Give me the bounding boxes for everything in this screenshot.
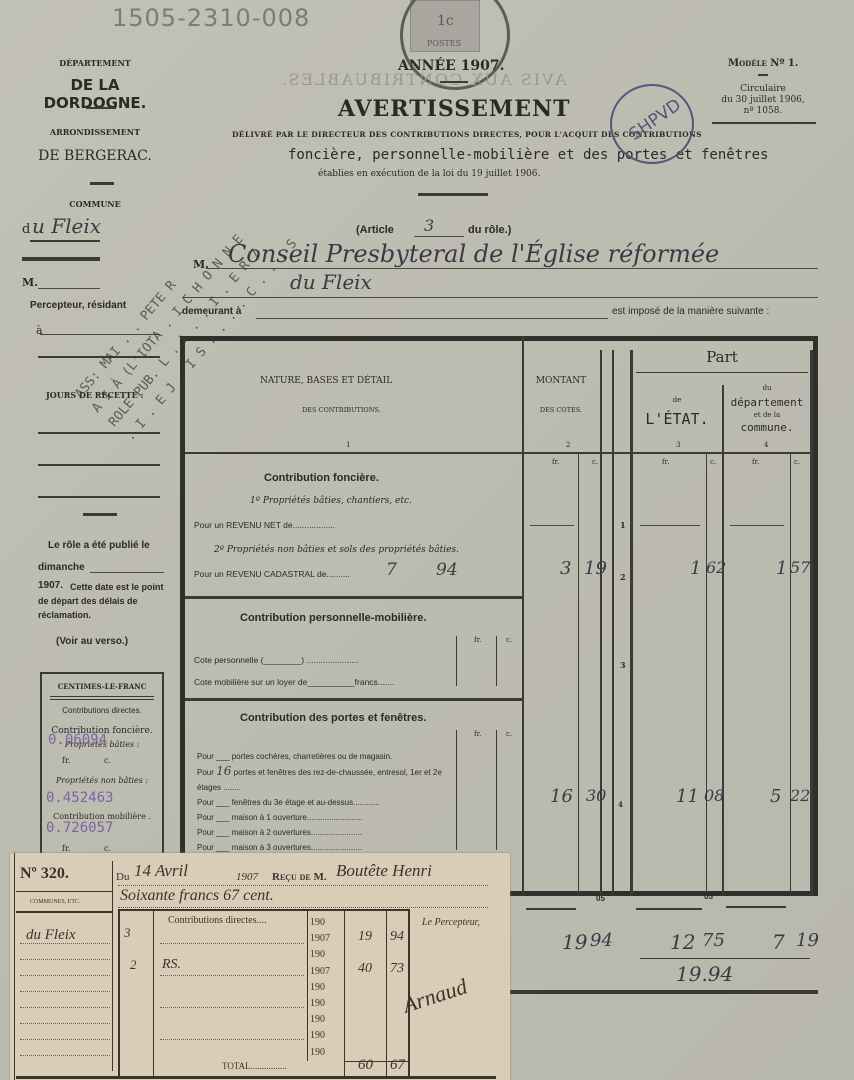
fonciere-sub2: 2º Propriétés non bâties et sols des pro… — [214, 545, 459, 555]
row2-etat-fr: 1 — [690, 558, 701, 579]
col-number-3: 3 — [676, 441, 680, 449]
cote-mobiliere-label: Cote mobilière sur un loyer de__________… — [194, 677, 394, 687]
arrondissement-name: DE BERGERAC. — [30, 148, 160, 164]
revenu-net-label: Pour un REVENU NET de.................. — [194, 520, 335, 530]
communes-label: COMMUNES, ETC. — [30, 899, 81, 905]
portes-title: Contribution des portes et fenêtres. — [240, 712, 426, 724]
circulaire-line3: nº 1058. — [708, 106, 818, 117]
voir-verso: (Voir au verso.) — [56, 636, 128, 647]
centimes-subtitle: Contributions directes. — [42, 706, 162, 715]
line-number-1: 1 — [620, 520, 626, 530]
commune-label: COMMUNE — [30, 199, 160, 209]
article-label: (Article — [356, 224, 394, 236]
year-row: 190 — [310, 1028, 330, 1044]
col4-header-2: et de la — [724, 411, 810, 419]
total-montant-c: 94 — [590, 930, 613, 951]
line-number-2: 2 — [620, 572, 626, 582]
document-page: 1505-2310-008 1c POSTES AVIS AUX CONTRIB… — [0, 0, 854, 1080]
c-label: c. — [794, 458, 800, 466]
row2-montant-c: 19 — [584, 558, 607, 579]
receipt-amount-1-fr: 19 — [358, 929, 372, 945]
header-line2: foncière, personnelle-mobilière et des p… — [288, 147, 768, 163]
archive-reference: 1505-2310-008 — [112, 4, 310, 32]
arrondissement-label: ARRONDISSEMENT — [30, 127, 160, 137]
total-dept-fr: 7 — [772, 930, 785, 954]
amount-in-words: Soixante francs 67 cent. — [120, 887, 274, 905]
year-row: 190 — [310, 996, 330, 1012]
portes-row: Pour 16 portes et fenêtres des rez-de-ch… — [197, 764, 457, 795]
total-dept-c: 19 — [796, 930, 819, 951]
commune-prefix: d — [22, 222, 30, 237]
portes-rows: Pour ___ portes cochères, charretières o… — [197, 748, 457, 855]
year-column: 190 1907 190 1907 190 190 190 190 190 — [310, 915, 330, 1061]
receipt-slip: Nº 320. COMMUNES, ETC. Du 14 Avril 1907 … — [10, 853, 510, 1080]
revenu-cadastral-c: 94 — [436, 560, 458, 580]
taxpayer-name-line1: Conseil Presbyteral de l'Église réformée — [228, 240, 719, 268]
percepteur-signature: Arnaud — [400, 973, 471, 1018]
article-suffix: du rôle.) — [468, 224, 511, 236]
centimes-mobiliere-value: 0.726057 — [46, 820, 113, 836]
receipt-payer: Boutête Henri — [336, 861, 432, 881]
receipt-year: 1907 — [236, 871, 258, 883]
row4-dept-fr: 5 — [770, 786, 781, 807]
fr-label: fr. — [62, 844, 70, 853]
circulaire-line1: Circulaire — [708, 84, 818, 95]
total-label: TOTAL................ — [222, 1061, 287, 1071]
year-row: 190 — [310, 1045, 330, 1061]
col4-header-3: commune. — [724, 421, 810, 434]
year-row: 1907 — [310, 931, 330, 947]
receipt-amount-1-c: 94 — [390, 929, 404, 945]
total-montant-fr: 19 — [562, 930, 587, 954]
row4-etat-fr: 11 — [676, 786, 699, 807]
col-number-4: 4 — [764, 441, 768, 449]
line-number-3: 3 — [620, 660, 626, 670]
year-row: 190 — [310, 1012, 330, 1028]
departement-label: DÉPARTEMENT — [30, 58, 160, 68]
dimanche-label: dimanche — [38, 562, 85, 573]
centimes-box: CENTIMES-LE-FRANC Contributions directes… — [40, 672, 164, 862]
shpvd-stamp: SHPVD — [610, 84, 694, 164]
receipt-total-c: 67 — [390, 1057, 405, 1074]
col3-header-de: de — [632, 396, 722, 404]
line-number-4: 4 — [618, 800, 623, 809]
col2-header-2: DES COTES. — [522, 406, 600, 414]
fr-label: fr. — [662, 458, 669, 466]
year-row: 1907 — [310, 964, 330, 980]
receipt-date: 14 Avril — [134, 861, 188, 881]
col-number-1: 1 — [346, 441, 350, 449]
centimes-non-baties-label: Propriétés non bâties : — [42, 776, 162, 785]
taxpayer-name-line2: du Fleix — [290, 270, 372, 294]
portes-row: Pour ___ maison à 2 ouvertures..........… — [197, 825, 457, 840]
year-row: 190 — [310, 915, 330, 931]
row2-dept-fr: 1 — [776, 558, 787, 579]
personnelle-title: Contribution personnelle-mobilière. — [240, 612, 426, 624]
portes-row: Pour ___ fenêtres du 3e étage et au-dess… — [197, 795, 457, 810]
part-header: Part — [632, 348, 812, 366]
fr-label: fr. — [552, 458, 559, 466]
role-delay-text: Cette date est le point de départ des dé… — [38, 580, 168, 622]
receipt-article-1: 3 — [124, 925, 131, 941]
circulaire: Circulaire du 30 juillet 1906, nº 1058. — [708, 84, 818, 117]
c-label: c. — [506, 730, 512, 738]
fr-label: fr. — [474, 730, 481, 738]
receipt-total-fr: 60 — [358, 1057, 373, 1074]
row4-montant-c: 30 — [586, 786, 606, 805]
col3-header: L'ÉTAT. — [632, 410, 722, 428]
portes-row: Pour ___ portes cochères, charretières o… — [197, 748, 457, 764]
row2-dept-c: 57 — [790, 558, 810, 577]
total-etat-c: 75 — [702, 930, 725, 951]
circulaire-line2: du 30 juillet 1906, — [708, 95, 818, 106]
percepteur-label: Percepteur, résidant — [30, 300, 126, 311]
fr-label: fr. — [474, 636, 481, 644]
year-row: 190 — [310, 980, 330, 996]
grand-total: 19.94 — [676, 962, 733, 986]
centimes-non-baties-value: 0.452463 — [46, 790, 113, 806]
fonciere-title: Contribution foncière. — [264, 472, 379, 484]
c-label: c. — [710, 458, 716, 466]
c-label: c. — [104, 844, 111, 853]
fonciere-sub1: 1º Propriétés bâties, chantiers, etc. — [250, 496, 412, 506]
c-label: c. — [506, 636, 512, 644]
total-etat-fr: 12 — [670, 930, 695, 954]
c-label: c. — [592, 458, 598, 466]
c-label: c. — [104, 756, 111, 765]
receipt-article-2-note: RS. — [162, 957, 181, 973]
portes-row: Pour ___ maison à 1 ouverture...........… — [197, 810, 457, 825]
row4-etat-c: 08 — [704, 786, 724, 805]
role-publie-text: Le rôle a été publié le — [48, 540, 150, 551]
centimes-baties-value: 0.06094 — [48, 732, 107, 748]
commune-value: u Fleix — [32, 214, 101, 238]
col1-header-1: NATURE, BASES ET DÉTAIL — [260, 376, 392, 386]
receipt-amount-3-fr: 40 — [358, 961, 372, 977]
revenu-cadastral-label: Pour un REVENU CADASTRAL de.......... — [194, 569, 350, 579]
col2-header-1: MONTANT — [522, 376, 600, 386]
annee-label: ANNÉE 1907. — [398, 58, 505, 74]
stamp-text: SHPVD — [626, 95, 685, 145]
year-row: 190 — [310, 947, 330, 963]
centimes-title: CENTIMES-LE-FRANC — [42, 682, 162, 691]
row2-etat-c: 62 — [706, 558, 726, 577]
revenu-cadastral-fr: 7 — [386, 560, 397, 580]
col1-header-2: DES CONTRIBUTIONS. — [302, 406, 381, 414]
row2-montant-fr: 3 — [560, 558, 571, 579]
modele-label: Modèle Nº 1. — [728, 58, 798, 69]
percepteur-label: Le Percepteur, — [422, 917, 480, 928]
row4-montant-fr: 16 — [550, 786, 573, 807]
fr-label: fr. — [62, 756, 70, 765]
receipt-amount-3-c: 73 — [390, 961, 404, 977]
receipt-commune: du Fleix — [26, 927, 76, 944]
document-title: AVERTISSEMENT — [338, 96, 571, 122]
contributions-directes-label: Contributions directes.... — [168, 915, 267, 926]
col4-header-du: du — [724, 384, 810, 392]
header-line3: établies en exécution de la loi du 19 ju… — [318, 169, 540, 179]
a-label: à — [36, 324, 43, 337]
sub-05-b: 05 — [704, 892, 713, 901]
receipt-article-2: 2 — [130, 957, 137, 973]
impose-label: est imposé de la manière suivante : — [612, 306, 769, 317]
col-number-2: 2 — [566, 441, 570, 449]
row4-dept-c: 22 — [790, 786, 810, 805]
receipt-number: Nº 320. — [20, 865, 69, 883]
col4-header-1: département — [724, 396, 810, 409]
du-label: Du — [116, 871, 129, 883]
fr-label: fr. — [752, 458, 759, 466]
cote-personnelle-label: Cote personnelle (________) ............… — [194, 655, 358, 665]
m-label: M. — [22, 276, 38, 289]
sub-05-a: 05 — [596, 894, 605, 903]
article-value: 3 — [424, 216, 434, 235]
recu-label: Reçu de M. — [272, 871, 327, 883]
